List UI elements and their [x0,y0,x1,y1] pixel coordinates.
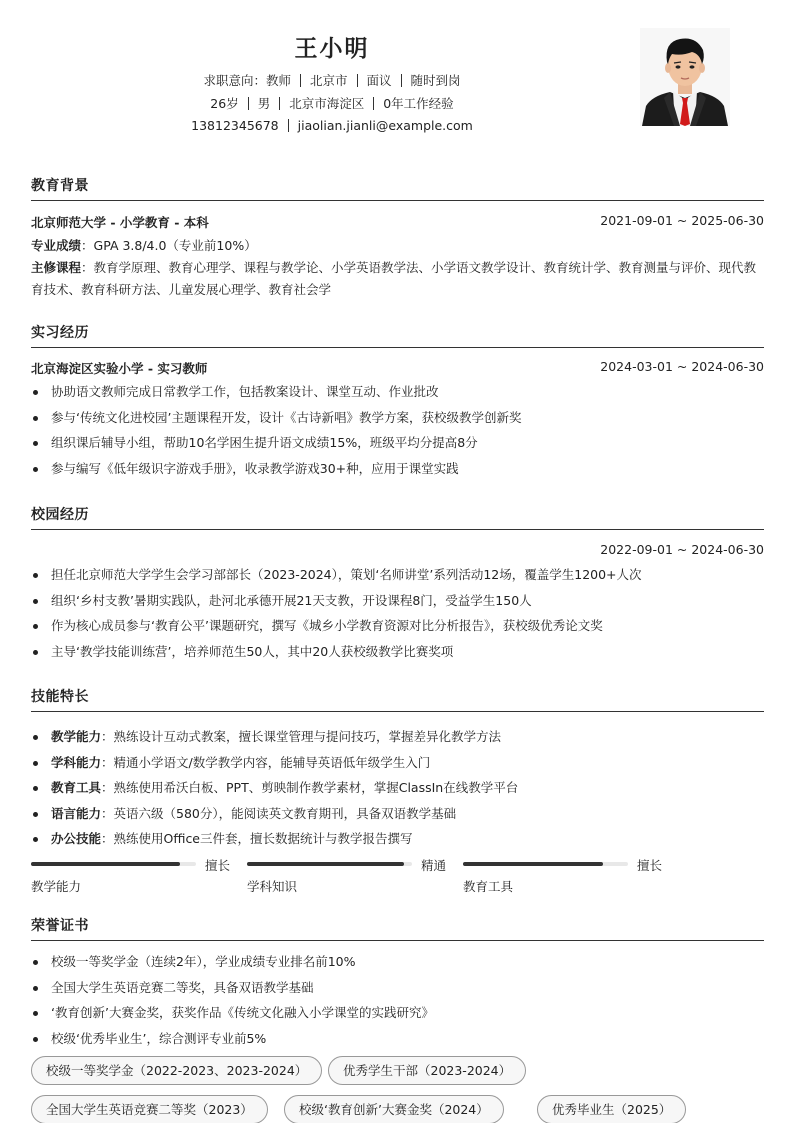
avatar-portrait-icon [640,28,730,126]
section-title: 荣誉证书 [31,915,764,935]
list-item: 参与编写《低年级识字游戏手册》，收录教学游戏30+种，应用于课堂实践 [31,456,764,482]
internship-org-role: 北京海淀区实验小学 - 实习教师 [31,359,207,377]
section-skills: 技能特长 教学能力：熟练设计互动式教案，擅长课堂管理与提问技巧，掌握差异化教学方… [31,686,764,852]
job-intent: 求职意向：教师 [203,73,291,88]
progress-fill [247,862,404,866]
section-divider [31,711,764,712]
skill-level: 擅长 [205,856,230,874]
location: 北京市海淀区 [289,96,364,111]
divider [248,97,249,110]
intent-salary: 面议 [367,73,392,88]
skill-bar-teaching: 擅长 教学能力 [31,856,231,896]
honor-tag: 校级‘教育创新’大赛金奖（2024） [284,1095,504,1123]
section-divider [31,940,764,941]
section-campus: 校园经历 2022-09-01 ~ 2024-06-30 担任北京师范大学学生会… [31,504,764,664]
skill-level: 擅长 [637,856,662,874]
skill-level: 精通 [421,856,446,874]
gpa-value: ：GPA 3.8/4.0（专业前10%） [81,238,257,253]
section-divider [31,347,764,348]
skill-label: 教学能力 [51,729,101,744]
honor-tag: 全国大学生英语竞赛二等奖（2023） [31,1095,268,1123]
section-divider [31,529,764,530]
list-item: 主导‘教学技能训练营’，培养师范生50人，其中20人获校级教学比赛奖项 [31,639,764,665]
intent-city: 北京市 [310,73,348,88]
skills-bullets: 教学能力：熟练设计互动式教案，擅长课堂管理与提问技巧，掌握差异化教学方法 学科能… [31,724,764,852]
skill-bar-label: 教育工具 [463,877,513,895]
courses-line: 主修课程：教育学原理、教育心理学、课程与教学论、小学英语教学法、小学语文教学设计… [31,257,764,301]
honor-tag: 优秀学生干部（2023-2024） [328,1056,526,1085]
avatar [640,28,730,126]
list-item: 教学能力：熟练设计互动式教案，擅长课堂管理与提问技巧，掌握差异化教学方法 [31,724,764,750]
campus-bullets: 担任北京师范大学学生会学习部部长（2023-2024），策划‘名师讲堂’系列活动… [31,562,764,664]
gpa-line: 专业成绩：GPA 3.8/4.0（专业前10%） [31,235,764,257]
progress-track [31,862,196,866]
resume-header: 王小明 求职意向：教师北京市面议随时到岗 26岁男北京市海淀区0年工作经验 13… [0,0,794,150]
skill-label: 学科能力 [51,755,101,770]
list-item: 校级一等奖学金（连续2年），学业成绩专业排名前10% [31,949,764,975]
skill-text: ：熟练设计互动式教案，擅长课堂管理与提问技巧，掌握差异化教学方法 [101,729,501,744]
candidate-name: 王小明 [0,30,664,63]
divider [279,97,280,110]
list-item: 语言能力：英语六级（580分），能阅读英文教育期刊，具备双语教学基础 [31,801,764,827]
gender: 男 [258,96,271,111]
personal-info-line: 26岁男北京市海淀区0年工作经验 [0,94,664,112]
list-item: 全国大学生英语竞赛二等奖，具备双语教学基础 [31,975,764,1001]
section-divider [31,200,764,201]
skill-bar-label: 学科知识 [247,877,297,895]
skill-label: 教育工具 [51,780,101,795]
progress-fill [31,862,180,866]
courses-value: ：教育学原理、教育心理学、课程与教学论、小学英语教学法、小学语文教学设计、教育统… [31,260,756,297]
list-item: 校级‘优秀毕业生’，综合测评专业前5% [31,1026,764,1052]
job-intent-line: 求职意向：教师北京市面议随时到岗 [0,71,664,89]
resume-page: 王小明 求职意向：教师北京市面议随时到岗 26岁男北京市海淀区0年工作经验 13… [0,0,794,1123]
section-education: 教育背景 北京师范大学 - 小学教育 - 本科 2021-09-01 ~ 202… [31,175,764,301]
progress-fill [463,862,603,866]
honor-tag: 优秀毕业生（2025） [537,1095,686,1123]
list-item: 办公技能：熟练使用Office三件套，擅长数据统计与教学报告撰写 [31,826,764,852]
campus-dates: 2022-09-01 ~ 2024-06-30 [600,542,764,557]
skill-bars: 擅长 教学能力 精通 学科知识 擅长 教育工具 [31,856,764,896]
section-honors: 荣誉证书 校级一等奖学金（连续2年），学业成绩专业排名前10% 全国大学生英语竞… [31,915,764,1051]
skill-bar-subject: 精通 学科知识 [247,856,447,896]
divider [401,74,402,87]
experience-years: 0年工作经验 [383,96,453,111]
email[interactable]: jiaolian.jianli@example.com [298,118,473,133]
divider [373,97,374,110]
internship-dates: 2024-03-01 ~ 2024-06-30 [600,359,764,374]
list-item: 担任北京师范大学学生会学习部部长（2023-2024），策划‘名师讲堂’系列活动… [31,562,764,588]
section-title: 校园经历 [31,504,764,524]
honors-bullets: 校级一等奖学金（连续2年），学业成绩专业排名前10% 全国大学生英语竞赛二等奖，… [31,949,764,1051]
section-internship: 实习经历 北京海淀区实验小学 - 实习教师 2024-03-01 ~ 2024-… [31,322,764,481]
section-title: 实习经历 [31,322,764,342]
skill-label: 办公技能 [51,831,101,846]
skill-text: ：精通小学语文/数学教学内容，能辅导英语低年级学生入门 [101,755,430,770]
divider [288,119,289,132]
list-item: ‘教育创新’大赛金奖，获奖作品《传统文化融入小学课堂的实践研究》 [31,1000,764,1026]
intent-availability: 随时到岗 [411,73,461,88]
skill-text: ：熟练使用Office三件套，擅长数据统计与教学报告撰写 [101,831,413,846]
honor-tag: 校级一等奖学金（2022-2023、2023-2024） [31,1056,322,1085]
progress-track [463,862,628,866]
education-dates: 2021-09-01 ~ 2025-06-30 [600,213,764,228]
courses-label: 主修课程 [31,260,81,275]
divider [300,74,301,87]
education-entry-header: 北京师范大学 - 小学教育 - 本科 2021-09-01 ~ 2025-06-… [31,213,764,233]
contact-line: 13812345678jiaolian.jianli@example.com [0,118,664,133]
skill-text: ：熟练使用希沃白板、PPT、剪映制作教学素材，掌握ClassIn在线教学平台 [101,780,518,795]
internship-bullets: 协助语文教师完成日常教学工作，包括教案设计、课堂互动、作业批改 参与‘传统文化进… [31,379,764,481]
skill-bar-label: 教学能力 [31,877,81,895]
divider [357,74,358,87]
list-item: 学科能力：精通小学语文/数学教学内容，能辅导英语低年级学生入门 [31,750,764,776]
progress-track [247,862,412,866]
gpa-label: 专业成绩 [31,238,81,253]
list-item: 组织‘乡村支教’暑期实践队，赴河北承德开展21天支教，开设课程8门，受益学生15… [31,588,764,614]
section-title: 教育背景 [31,175,764,195]
list-item: 协助语文教师完成日常教学工作，包括教案设计、课堂互动、作业批改 [31,379,764,405]
skill-bar-tools: 擅长 教育工具 [463,856,663,896]
skill-text: ：英语六级（580分），能阅读英文教育期刊，具备双语教学基础 [101,806,456,821]
list-item: 参与‘传统文化进校园’主题课程开发，设计《古诗新唱》教学方案，获校级教学创新奖 [31,405,764,431]
section-title: 技能特长 [31,686,764,706]
list-item: 组织课后辅导小组，帮助10名学困生提升语文成绩15%，班级平均分提高8分 [31,430,764,456]
phone[interactable]: 13812345678 [191,118,278,133]
school-major-degree: 北京师范大学 - 小学教育 - 本科 [31,213,209,231]
age: 26岁 [210,96,238,111]
internship-entry-header: 北京海淀区实验小学 - 实习教师 2024-03-01 ~ 2024-06-30 [31,359,764,379]
list-item: 教育工具：熟练使用希沃白板、PPT、剪映制作教学素材，掌握ClassIn在线教学… [31,775,764,801]
list-item: 作为核心成员参与‘教育公平’课题研究，撰写《城乡小学教育资源对比分析报告》，获校… [31,613,764,639]
campus-entry-header: 2022-09-01 ~ 2024-06-30 [31,542,764,562]
skill-label: 语言能力 [51,806,101,821]
